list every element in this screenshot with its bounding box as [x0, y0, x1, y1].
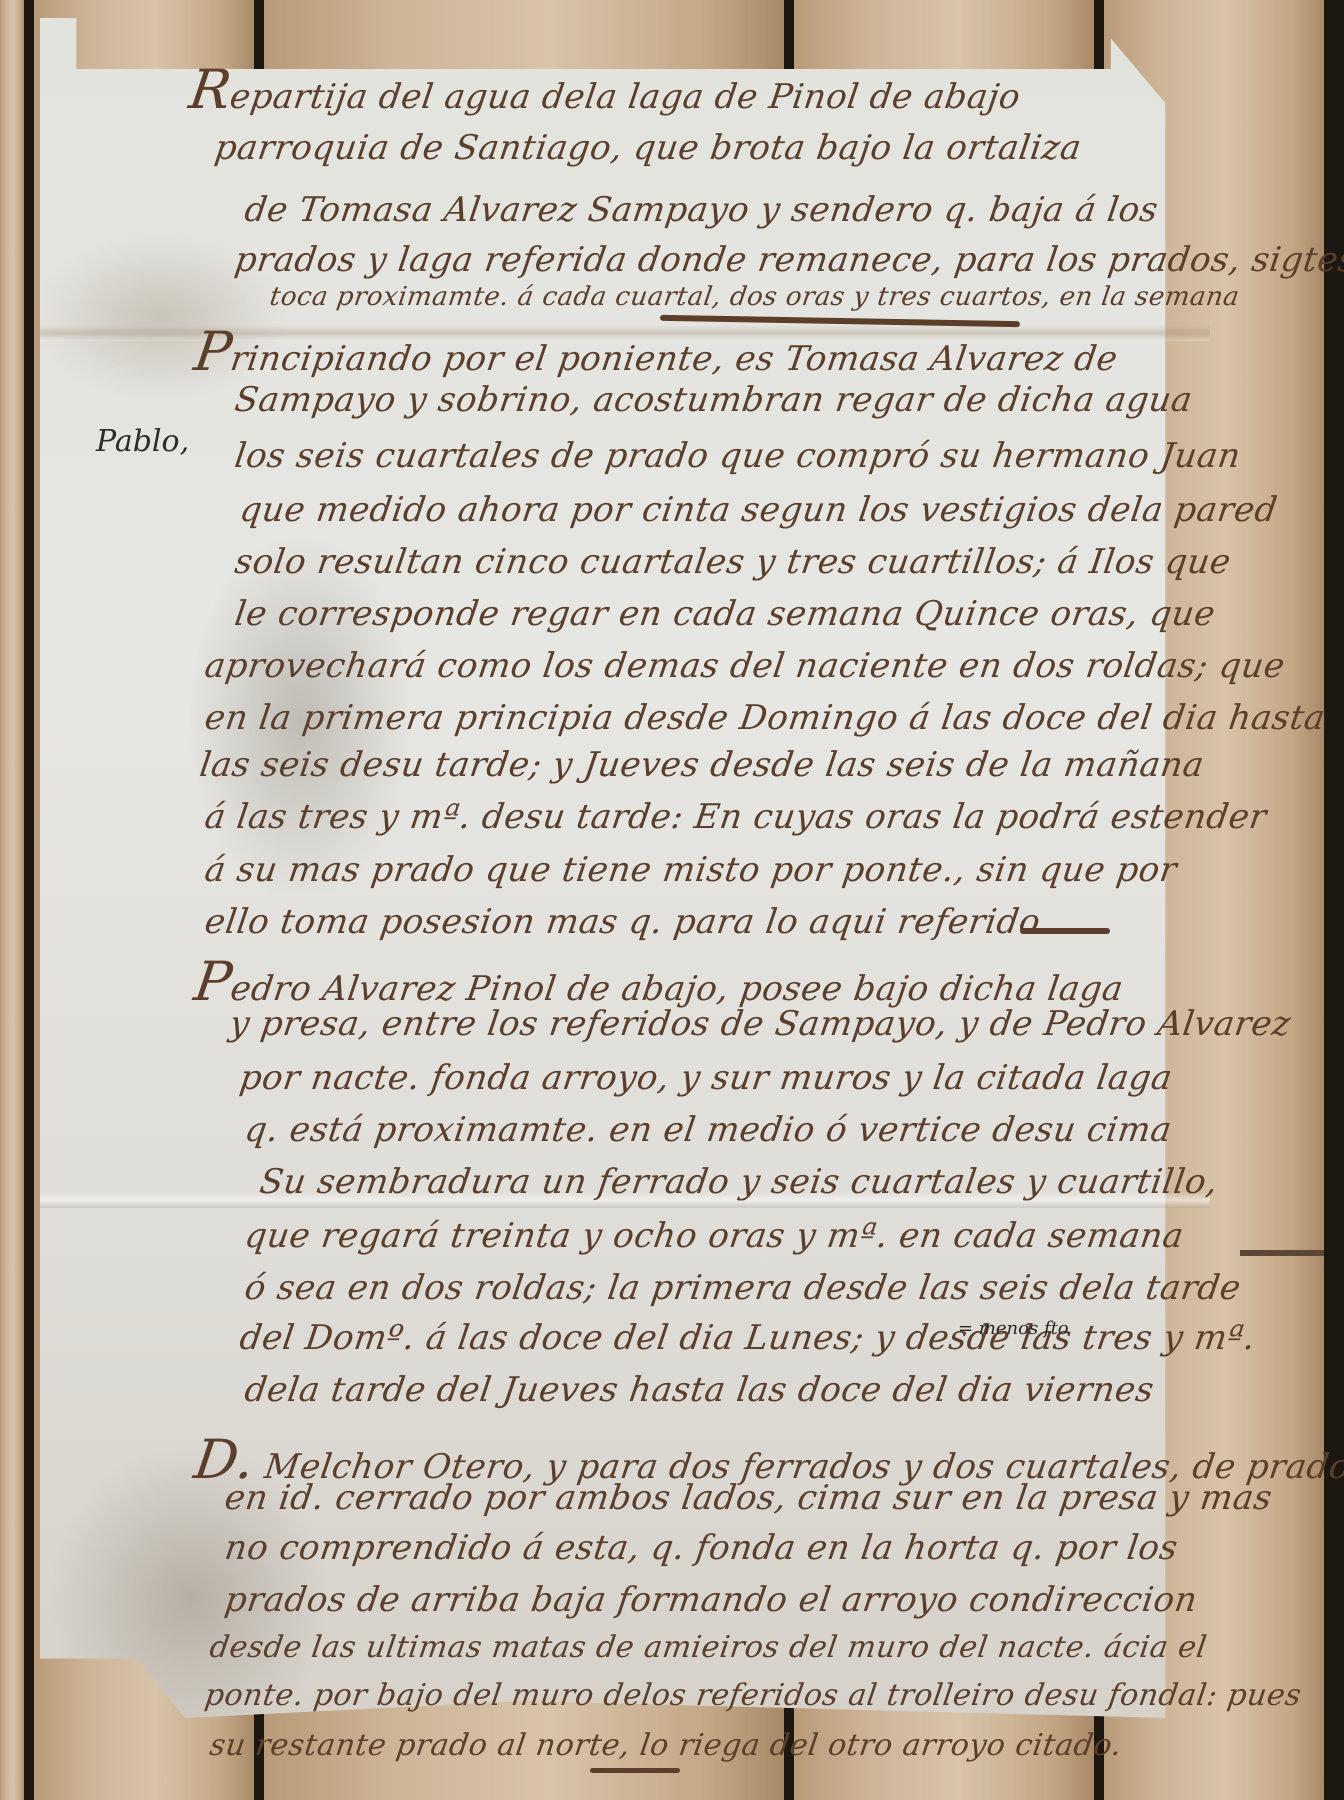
manuscript-line: Principiando por el poniente, es Tomasa … — [191, 320, 1123, 383]
margin-annotation: Pablo, — [96, 424, 189, 459]
manuscript-text: Repartija del agua dela laga de Pinol de… — [0, 0, 1344, 1800]
manuscript-line: ponte. por bajo del muro delos referidos… — [203, 1678, 1304, 1713]
manuscript-line: ó sea en dos roldas; la primera desde la… — [242, 1268, 1243, 1308]
manuscript-line: ello toma posesion mas q. para lo aqui r… — [202, 902, 1043, 942]
manuscript-line: prados de arriba baja formando el arroyo… — [222, 1580, 1200, 1620]
manuscript-line: le corresponde regar en cada semana Quin… — [232, 594, 1218, 634]
interlinear-annotation: = menos fto — [958, 1318, 1069, 1339]
line-filler-dash — [1020, 928, 1110, 934]
manuscript-line: por nacte. fonda arroyo, y sur muros y l… — [237, 1058, 1175, 1098]
manuscript-line: en la primera principia desde Domingo á … — [202, 698, 1328, 738]
manuscript-line: del Domº. á las doce del dia Lunes; y de… — [237, 1318, 1258, 1358]
manuscript-line: dela tarde del Jueves hasta las doce del… — [242, 1370, 1156, 1410]
manuscript-line: desde las ultimas matas de amieiros del … — [208, 1630, 1210, 1665]
manuscript-line: á las tres y mª. desu tarde: En cuyas or… — [202, 797, 1269, 837]
manuscript-line: de Tomasa Alvarez Sampayo y sendero q. b… — [242, 190, 1160, 230]
manuscript-line: aprovechará como los demas del naciente … — [202, 646, 1287, 686]
manuscript-line: las seis desu tarde; y Jueves desde las … — [197, 745, 1206, 785]
manuscript-line: su restante prado al norte, lo riega del… — [208, 1728, 1125, 1763]
manuscript-line: Repartija del agua dela laga de Pinol de… — [186, 58, 1026, 121]
manuscript-line: parroquia de Santiago, que brota bajo la… — [212, 128, 1084, 168]
closing-flourish — [590, 1768, 680, 1773]
manuscript-line: los seis cuartales de prado que compró s… — [232, 436, 1243, 476]
manuscript-line: solo resultan cinco cuartales y tres cua… — [232, 542, 1233, 582]
manuscript-line: y presa, entre los referidos de Sampayo,… — [227, 1004, 1293, 1044]
manuscript-line: no comprendido á esta, q. fonda en la ho… — [222, 1528, 1180, 1568]
manuscript-line: que medido ahora por cinta segun los ves… — [237, 490, 1280, 530]
manuscript-line: q. está proximamte. en el medio ó vertic… — [242, 1110, 1174, 1150]
manuscript-line: á su mas prado que tiene misto por ponte… — [202, 850, 1179, 890]
manuscript-line: prados y laga referida donde remanece, p… — [232, 240, 1344, 280]
manuscript-line: Sampayo y sobrino, acostumbran regar de … — [232, 380, 1195, 420]
manuscript-line: toca proximamte. á cada cuartal, dos ora… — [268, 282, 1242, 312]
manuscript-line: que regará treinta y ocho oras y mª. en … — [242, 1216, 1186, 1256]
manuscript-line: Su sembradura un ferrado y seis cuartale… — [257, 1162, 1220, 1202]
manuscript-line: en id. cerrado por ambos lados, cima sur… — [222, 1478, 1274, 1518]
